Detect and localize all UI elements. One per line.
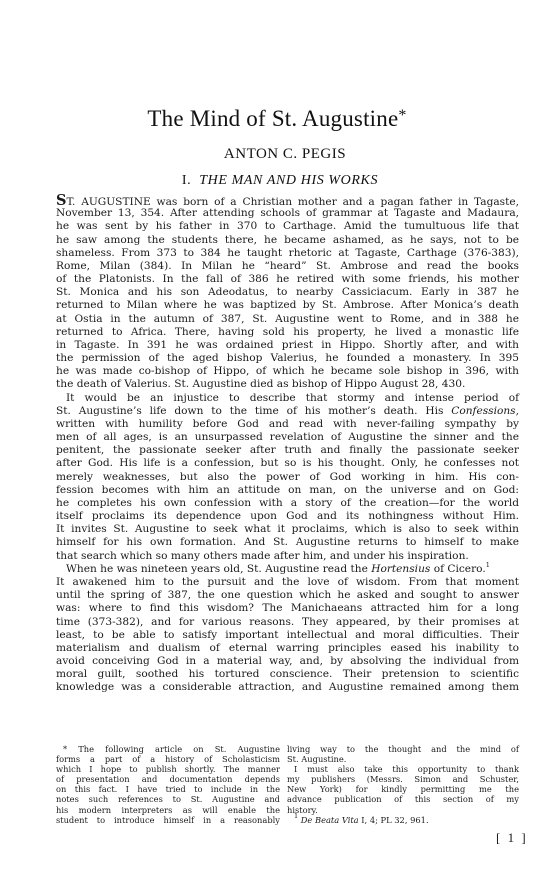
article-author: ANTON C. PEGIS [0, 146, 554, 163]
footnote-line: on this fact. I have tried to include in… [56, 784, 280, 794]
text-line: materialism and dualism of eternal warri… [56, 642, 519, 655]
footnote-1-work-title: De Beata Vita [301, 815, 359, 825]
text-line: at Ostia in the autumn of 387, St. Augus… [56, 313, 519, 326]
text-line: shameless. From 373 to 384 he taught rhe… [56, 247, 519, 260]
text-line: itself proclaims its dependence upon God… [56, 510, 519, 523]
footnote-ref-1[interactable]: 1 [486, 561, 490, 569]
text-line: he saw among the students there, he beca… [56, 234, 519, 247]
text-line: least, to be able to satisfy important i… [56, 629, 519, 642]
line-text: St. Augustine’s life down to the time of… [56, 405, 451, 417]
text-line: ST. AUGUSTINE was born of a Christian mo… [56, 194, 519, 207]
text-line: moral guilt, soothed his tortured consci… [56, 668, 519, 681]
text-line: St. Augustine’s life down to the time of… [56, 405, 519, 418]
text-line: fession becomes with him an attitude on … [56, 484, 519, 497]
text-line: St. Monica and his son Adeodatus, to nea… [56, 286, 519, 299]
footnote-1-citation: I, 4; PL 32, 961. [359, 815, 429, 825]
footnote-line: * The following article on St. Augustine [56, 744, 280, 754]
text-line: the death of Valerius. St. Augustine die… [56, 378, 519, 391]
text-line: in Tagaste. In 391 he was ordained pries… [56, 339, 519, 352]
text-line: the permission of the aged bishop Valeri… [56, 352, 519, 365]
footnote-line: of presentation and documentation depend… [56, 774, 280, 784]
footnote-line: advance publication of this section of m… [287, 794, 519, 804]
text-line: returned to Milan where he was baptized … [56, 299, 519, 312]
article-title: The Mind of St. Augustine* [0, 106, 554, 132]
text-line: he was sent by his father in 370 to Cart… [56, 220, 519, 233]
text-line: When he was nineteen years old, St. Augu… [56, 563, 519, 576]
line-text: of Cicero. [430, 563, 485, 575]
footnote-line: New York) for kindly permitting me the [287, 784, 519, 794]
footnote-line: which I hope to publish shortly. The man… [56, 764, 280, 774]
title-footnote-marker: * [398, 107, 406, 124]
text-line: knowledge was a considerable attraction,… [56, 681, 519, 694]
text-line: men of all ages, is an unsurpassed revel… [56, 431, 519, 444]
article-title-text: The Mind of St. Augustine [147, 106, 398, 131]
text-line: November 13, 354. After attending school… [56, 207, 519, 220]
text-line: Rome, Milan (384). In Milan he “heard” S… [56, 260, 519, 273]
footnote-1-marker: 1 [294, 812, 298, 820]
text-line: written with humility before God and rea… [56, 418, 519, 431]
section-title: THE MAN AND HIS WORKS [199, 173, 378, 188]
text-line: was: where to find this wisdom? The Mani… [56, 602, 519, 615]
footnote-line: his modern interpreters as will enable t… [56, 805, 280, 815]
footnote-line: notes such references to St. Augustine a… [56, 794, 280, 804]
text-line: penitent, the passionate seeker after tr… [56, 444, 519, 457]
footnote-1: 1 De Beata Vita I, 4; PL 32, 961. [287, 815, 519, 825]
text-line: returned to Africa. There, having sold h… [56, 326, 519, 339]
text-line: avoid conceiving God in a material way, … [56, 655, 519, 668]
line-text: When he was nineteen years old, St. Augu… [66, 563, 371, 575]
text-line: It awakened him to the pursuit and the l… [56, 576, 519, 589]
text-line: after God. His life is a confession, but… [56, 457, 519, 470]
footnote-line: living way to the thought and the mind o… [287, 744, 519, 754]
footnote-line: history. [287, 805, 519, 815]
footnote-line: St. Augustine. [287, 754, 519, 764]
section-number: I. [182, 173, 191, 188]
footnote-line: I must also take this opportunity to tha… [287, 764, 519, 774]
paragraph-2: It would be an injustice to describe tha… [56, 392, 519, 563]
document-page: The Mind of St. Augustine* ANTON C. PEGI… [0, 0, 554, 887]
footnote-line: student to introduce himself in a reason… [56, 815, 280, 825]
text-line: merely weaknesses, but also the power of… [56, 471, 519, 484]
footnote-line: my publishers (Messrs. Simon and Schuste… [287, 774, 519, 784]
footnote-column-right: living way to the thought and the mind o… [287, 744, 519, 825]
book-title-confessions: Confessions [451, 405, 515, 417]
text-line: until the spring of 387, the one questio… [56, 589, 519, 602]
footnote-column-left: * The following article on St. Augustine… [56, 744, 280, 825]
text-line: time (373-382), and for various reasons.… [56, 616, 519, 629]
footnote-line: forms a part of a history of Scholastici… [56, 754, 280, 764]
text-line: that search which so many others made af… [56, 550, 519, 563]
text-line: It invites St. Augustine to seek what it… [56, 523, 519, 536]
text-line: he completes his own confession with a s… [56, 497, 519, 510]
text-line: himself for his own formation. And St. A… [56, 536, 519, 549]
punctuation: , [516, 405, 519, 417]
text-line: he was made co-bishop of Hippo, of which… [56, 365, 519, 378]
page-number: [ 1 ] [496, 830, 528, 846]
book-title-hortensius: Hortensius [371, 563, 430, 575]
paragraph-1: ST. AUGUSTINE was born of a Christian mo… [56, 194, 519, 392]
text-line: It would be an injustice to describe tha… [56, 392, 519, 405]
paragraph-3: When he was nineteen years old, St. Augu… [56, 563, 519, 695]
body-text: ST. AUGUSTINE was born of a Christian mo… [56, 194, 519, 695]
section-heading: I.THE MAN AND HIS WORKS [0, 173, 554, 189]
text-line: of the Platonists. In the fall of 386 he… [56, 273, 519, 286]
